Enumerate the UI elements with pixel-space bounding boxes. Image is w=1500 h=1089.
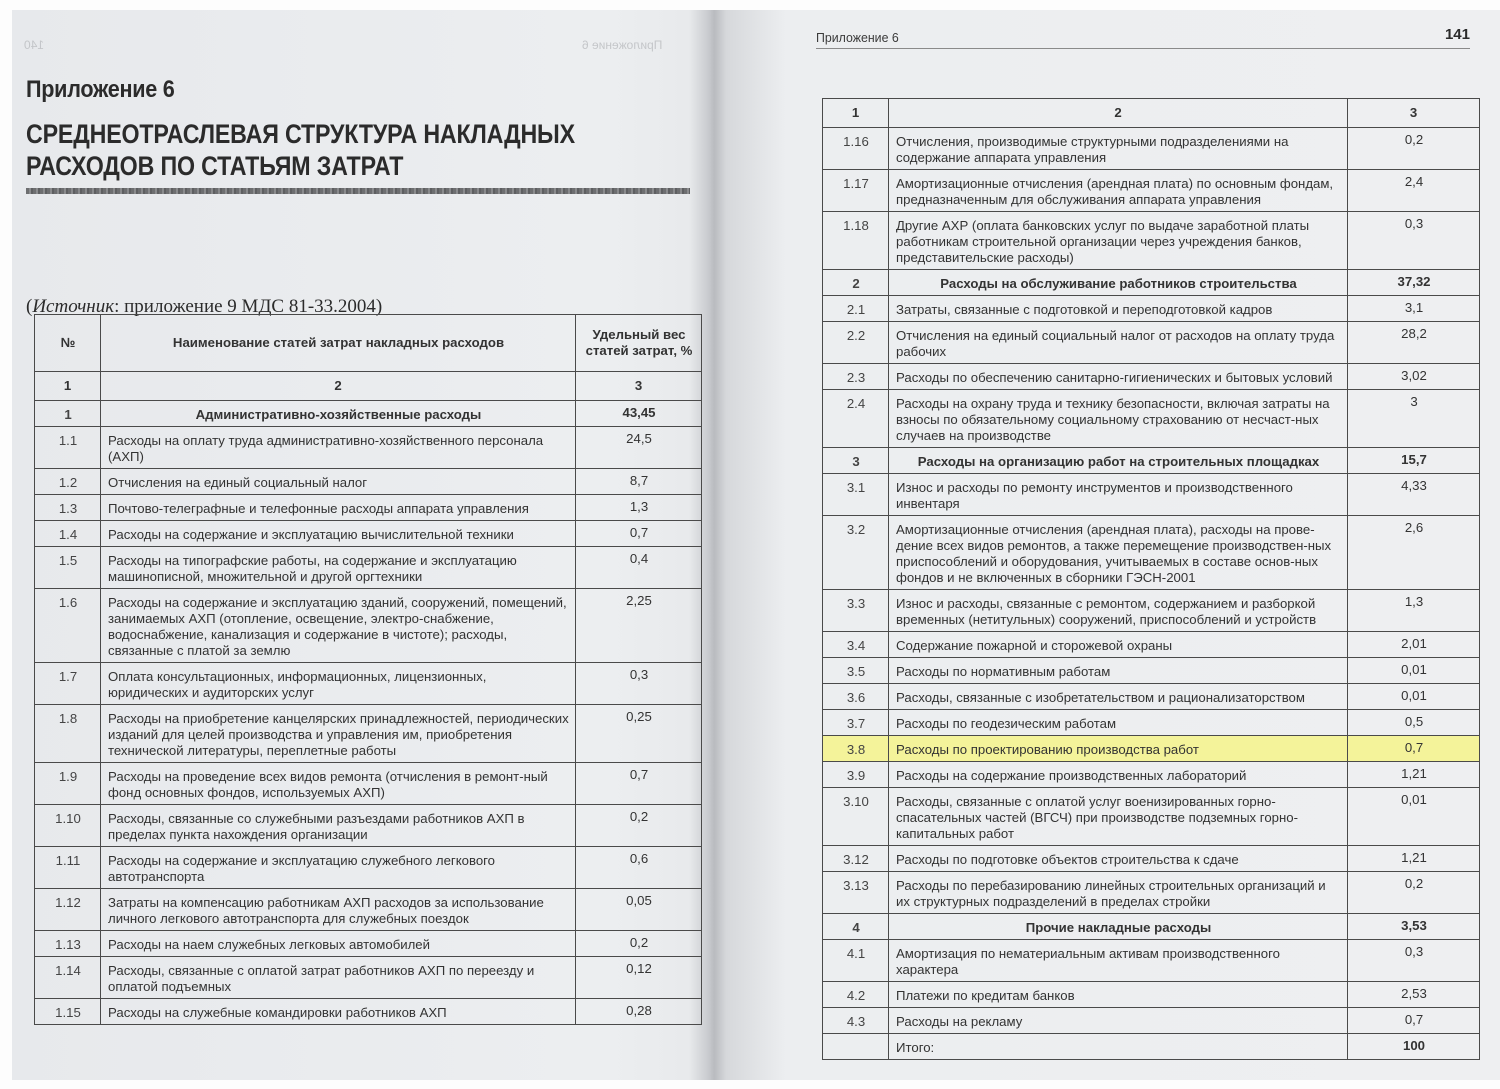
row-number: [823, 1034, 889, 1060]
row-value: 0,7: [576, 521, 702, 547]
overhead-table-left: № Наименование статей затрат накладных р…: [34, 314, 702, 1025]
row-number: 1.5: [35, 547, 101, 589]
colnum-1: 1: [35, 372, 101, 401]
row-value: 2,4: [1348, 170, 1480, 212]
table-row: 1.11Расходы на содержание и эксплуатацию…: [35, 847, 702, 889]
row-value: 15,7: [1348, 448, 1480, 474]
row-number: 3: [823, 448, 889, 474]
table-row: 3.13Расходы по перебазированию линейных …: [823, 872, 1480, 914]
row-number: 1.15: [35, 999, 101, 1025]
row-name: Расходы на содержание производственных л…: [889, 762, 1348, 788]
row-number: 1.11: [35, 847, 101, 889]
row-value: 0,2: [576, 805, 702, 847]
row-name: Износ и расходы, связанные с ремонтом, с…: [889, 590, 1348, 632]
row-value: 0,12: [576, 957, 702, 999]
row-name: Расходы по обеспечению санитарно-гигиени…: [889, 364, 1348, 390]
row-name: Расходы на организацию работ на строител…: [889, 448, 1348, 474]
row-number: 1.2: [35, 469, 101, 495]
row-name: Оплата консультационных, информационных,…: [101, 663, 576, 705]
table-row: 3.10Расходы, связанные с оплатой услуг в…: [823, 788, 1480, 846]
row-value: 2,01: [1348, 632, 1480, 658]
table-row: 4.1Амортизация по нематериальным активам…: [823, 940, 1480, 982]
row-number: 3.10: [823, 788, 889, 846]
table-header-row: № Наименование статей затрат накладных р…: [35, 315, 702, 372]
colnum-1: 1: [823, 99, 889, 128]
row-number: 4.3: [823, 1008, 889, 1034]
right-running-title: Приложение 6: [816, 30, 899, 45]
row-name: Другие АХР (оплата банковских услуг по в…: [889, 212, 1348, 270]
book-spread: 140 Приложение 6 Приложение 6 СРЕДНЕОТРА…: [12, 10, 1500, 1080]
row-name: Расходы на служебные командировки работн…: [101, 999, 576, 1025]
section-row: 3Расходы на организацию работ на строите…: [823, 448, 1480, 474]
row-name: Амортизационные отчисления (арендная пла…: [889, 170, 1348, 212]
column-number-row: 1 2 3: [35, 372, 702, 401]
row-name: Амортизация по нематериальным активам пр…: [889, 940, 1348, 982]
row-value: 28,2: [1348, 322, 1480, 364]
table-row: 2.4Расходы на охрану труда и технику без…: [823, 390, 1480, 448]
row-value: 8,7: [576, 469, 702, 495]
column-number-row: 1 2 3: [823, 99, 1480, 128]
row-value: 0,3: [1348, 940, 1480, 982]
row-number: 3.2: [823, 516, 889, 590]
row-name: Расходы по подготовке объектов строитель…: [889, 846, 1348, 872]
row-number: 1.17: [823, 170, 889, 212]
table-row: 4.2Платежи по кредитам банков2,53: [823, 982, 1480, 1008]
page-title-line-2: РАСХОДОВ ПО СТАТЬЯМ ЗАТРАТ: [26, 150, 680, 182]
row-name: Расходы на типографские работы, на содер…: [101, 547, 576, 589]
row-value: 1,21: [1348, 762, 1480, 788]
colnum-3: 3: [576, 372, 702, 401]
table-row: 3.4Содержание пожарной и сторожевой охра…: [823, 632, 1480, 658]
row-value: 43,45: [576, 401, 702, 427]
row-number: 1.1: [35, 427, 101, 469]
page-title-line-1: СРЕДНЕОТРАСЛЕВАЯ СТРУКТУРА НАКЛАДНЫХ: [26, 118, 680, 150]
row-name: Итого:: [889, 1034, 1348, 1060]
row-name: Отчисления на единый социальный налог: [101, 469, 576, 495]
row-number: 3.7: [823, 710, 889, 736]
row-name: Расходы на проведение всех видов ремонта…: [101, 763, 576, 805]
row-value: 1,21: [1348, 846, 1480, 872]
header-name: Наименование статей затрат накладных рас…: [101, 315, 576, 372]
colnum-2: 2: [101, 372, 576, 401]
table-row: 1.15Расходы на служебные командировки ра…: [35, 999, 702, 1025]
row-number: 3.3: [823, 590, 889, 632]
row-name: Расходы, связанные с оплатой услуг воени…: [889, 788, 1348, 846]
row-number: 1.13: [35, 931, 101, 957]
table-row: 1.17Амортизационные отчисления (арендная…: [823, 170, 1480, 212]
row-name: Расходы по нормативным работам: [889, 658, 1348, 684]
row-value: 100: [1348, 1034, 1480, 1060]
row-number: 1.6: [35, 589, 101, 663]
right-page-number: 141: [1445, 26, 1470, 43]
row-value: 3,53: [1348, 914, 1480, 940]
row-name: Расходы, связанные с оплатой затрат рабо…: [101, 957, 576, 999]
header-weight: Удельный вес статей затрат, %: [576, 315, 702, 372]
page-title: СРЕДНЕОТРАСЛЕВАЯ СТРУКТУРА НАКЛАДНЫХ РАС…: [26, 118, 680, 182]
row-number: 2.1: [823, 296, 889, 322]
row-number: 3.4: [823, 632, 889, 658]
row-name: Расходы, связанные со служебными разъезд…: [101, 805, 576, 847]
row-name: Почтово-телеграфные и телефонные расходы…: [101, 495, 576, 521]
header-num: №: [35, 315, 101, 372]
row-value: 0,7: [576, 763, 702, 805]
left-page: 140 Приложение 6 Приложение 6 СРЕДНЕОТРА…: [12, 10, 702, 1080]
table-row: 1.12Затраты на компенсацию работникам АХ…: [35, 889, 702, 931]
table-row: 3.5Расходы по нормативным работам0,01: [823, 658, 1480, 684]
title-divider: [26, 188, 690, 194]
row-value: 0,2: [576, 931, 702, 957]
row-value: 0,05: [576, 889, 702, 931]
left-running-title: Приложение 6: [582, 38, 662, 52]
section-row: 4Прочие накладные расходы3,53: [823, 914, 1480, 940]
row-number: 1.4: [35, 521, 101, 547]
row-value: 0,3: [1348, 212, 1480, 270]
row-value: 0,6: [576, 847, 702, 889]
table-row: 1.9Расходы на проведение всех видов ремо…: [35, 763, 702, 805]
row-name: Расходы на рекламу: [889, 1008, 1348, 1034]
row-number: 2: [823, 270, 889, 296]
row-number: 1.3: [35, 495, 101, 521]
row-number: 1.8: [35, 705, 101, 763]
table-row: 1.10Расходы, связанные со служебными раз…: [35, 805, 702, 847]
row-name: Расходы на содержание и эксплуатацию слу…: [101, 847, 576, 889]
row-number: 3.1: [823, 474, 889, 516]
row-name: Прочие накладные расходы: [889, 914, 1348, 940]
table-row: 3.1Износ и расходы по ремонту инструмент…: [823, 474, 1480, 516]
table-row: 2.3Расходы по обеспечению санитарно-гиги…: [823, 364, 1480, 390]
table-row: 1.1Расходы на оплату труда административ…: [35, 427, 702, 469]
row-name: Содержание пожарной и сторожевой охраны: [889, 632, 1348, 658]
row-number: 4.1: [823, 940, 889, 982]
row-number: 1: [35, 401, 101, 427]
row-number: 1.12: [35, 889, 101, 931]
section-row: 2Расходы на обслуживание работников стро…: [823, 270, 1480, 296]
table-row: 1.5Расходы на типографские работы, на со…: [35, 547, 702, 589]
table-row: 3.2Амортизационные отчисления (арендная …: [823, 516, 1480, 590]
table-row: 1.14Расходы, связанные с оплатой затрат …: [35, 957, 702, 999]
row-name: Расходы по перебазированию линейных стро…: [889, 872, 1348, 914]
table-row: 2.1Затраты, связанные с подготовкой и пе…: [823, 296, 1480, 322]
row-value: 0,2: [1348, 872, 1480, 914]
row-value: 0,01: [1348, 658, 1480, 684]
row-value: 0,5: [1348, 710, 1480, 736]
row-number: 2.3: [823, 364, 889, 390]
row-name: Расходы на содержание и эксплуатацию зда…: [101, 589, 576, 663]
table-row: 1.8Расходы на приобретение канцелярских …: [35, 705, 702, 763]
row-number: 3.6: [823, 684, 889, 710]
row-number: 4.2: [823, 982, 889, 1008]
row-number: 1.18: [823, 212, 889, 270]
table-row: 1.16Отчисления, производимые структурным…: [823, 128, 1480, 170]
row-value: 3,1: [1348, 296, 1480, 322]
row-name: Расходы на охрану труда и технику безопа…: [889, 390, 1348, 448]
row-value: 0,28: [576, 999, 702, 1025]
row-value: 1,3: [576, 495, 702, 521]
right-running-head: Приложение 6 141: [816, 26, 1470, 49]
table-row: 3.8Расходы по проектированию производств…: [823, 736, 1480, 762]
table-row: 1.4Расходы на содержание и эксплуатацию …: [35, 521, 702, 547]
overhead-table-right: 1 2 3 1.16Отчисления, производимые струк…: [822, 98, 1480, 1060]
row-name: Расходы по геодезическим работам: [889, 710, 1348, 736]
row-value: 0,7: [1348, 1008, 1480, 1034]
table-row: 1.3Почтово-телеграфные и телефонные расх…: [35, 495, 702, 521]
row-value: 0,25: [576, 705, 702, 763]
colnum-3: 3: [1348, 99, 1480, 128]
row-value: 0,2: [1348, 128, 1480, 170]
row-value: 1,3: [1348, 590, 1480, 632]
row-number: 3.12: [823, 846, 889, 872]
row-name: Административно-хозяйственные расходы: [101, 401, 576, 427]
colnum-2: 2: [889, 99, 1348, 128]
row-value: 0,4: [576, 547, 702, 589]
row-value: 0,7: [1348, 736, 1480, 762]
row-name: Расходы, связанные с изобретательством и…: [889, 684, 1348, 710]
table-row: 3.6Расходы, связанные с изобретательство…: [823, 684, 1480, 710]
row-name: Расходы на обслуживание работников строи…: [889, 270, 1348, 296]
row-value: 37,32: [1348, 270, 1480, 296]
left-running-head: 140 Приложение 6: [22, 38, 692, 54]
table-row: 3.9Расходы на содержание производственны…: [823, 762, 1480, 788]
table-row: 1.2Отчисления на единый социальный налог…: [35, 469, 702, 495]
row-value: 3: [1348, 390, 1480, 448]
row-name: Расходы по проектированию производства р…: [889, 736, 1348, 762]
row-value: 2,25: [576, 589, 702, 663]
row-number: 1.9: [35, 763, 101, 805]
row-number: 4: [823, 914, 889, 940]
row-name: Расходы на наем служебных легковых автом…: [101, 931, 576, 957]
table-row: 3.7Расходы по геодезическим работам0,5: [823, 710, 1480, 736]
row-value: 24,5: [576, 427, 702, 469]
total-row: Итого:100: [823, 1034, 1480, 1060]
row-name: Расходы на оплату труда административно-…: [101, 427, 576, 469]
row-name: Износ и расходы по ремонту инструментов …: [889, 474, 1348, 516]
row-value: 0,01: [1348, 788, 1480, 846]
table-row: 3.12Расходы по подготовке объектов строи…: [823, 846, 1480, 872]
row-name: Расходы на приобретение канцелярских при…: [101, 705, 576, 763]
right-page: Приложение 6 141 1 2 3 1.16Отчисления, п…: [724, 10, 1500, 1080]
table-row: 1.7Оплата консультационных, информационн…: [35, 663, 702, 705]
row-number: 1.16: [823, 128, 889, 170]
table-row: 1.6Расходы на содержание и эксплуатацию …: [35, 589, 702, 663]
row-number: 1.14: [35, 957, 101, 999]
row-number: 1.7: [35, 663, 101, 705]
row-value: 2,6: [1348, 516, 1480, 590]
row-name: Платежи по кредитам банков: [889, 982, 1348, 1008]
row-value: 4,33: [1348, 474, 1480, 516]
row-name: Расходы на содержание и эксплуатацию выч…: [101, 521, 576, 547]
row-name: Отчисления на единый социальный налог от…: [889, 322, 1348, 364]
table-row: 4.3Расходы на рекламу0,7: [823, 1008, 1480, 1034]
row-value: 3,02: [1348, 364, 1480, 390]
row-number: 3.5: [823, 658, 889, 684]
row-number: 1.10: [35, 805, 101, 847]
left-page-number: 140: [24, 38, 44, 52]
row-name: Амортизационные отчисления (арендная пла…: [889, 516, 1348, 590]
row-value: 0,3: [576, 663, 702, 705]
row-name: Затраты на компенсацию работникам АХП ра…: [101, 889, 576, 931]
row-number: 2.2: [823, 322, 889, 364]
section-row: 1Административно-хозяйственные расходы43…: [35, 401, 702, 427]
table-row: 1.13Расходы на наем служебных легковых а…: [35, 931, 702, 957]
row-number: 3.9: [823, 762, 889, 788]
appendix-label: Приложение 6: [26, 76, 175, 104]
row-number: 2.4: [823, 390, 889, 448]
table-row: 1.18Другие АХР (оплата банковских услуг …: [823, 212, 1480, 270]
row-name: Затраты, связанные с подготовкой и переп…: [889, 296, 1348, 322]
row-name: Отчисления, производимые структурными по…: [889, 128, 1348, 170]
table-row: 3.3Износ и расходы, связанные с ремонтом…: [823, 590, 1480, 632]
row-value: 2,53: [1348, 982, 1480, 1008]
row-value: 0,01: [1348, 684, 1480, 710]
row-number: 3.8: [823, 736, 889, 762]
table-row: 2.2Отчисления на единый социальный налог…: [823, 322, 1480, 364]
row-number: 3.13: [823, 872, 889, 914]
